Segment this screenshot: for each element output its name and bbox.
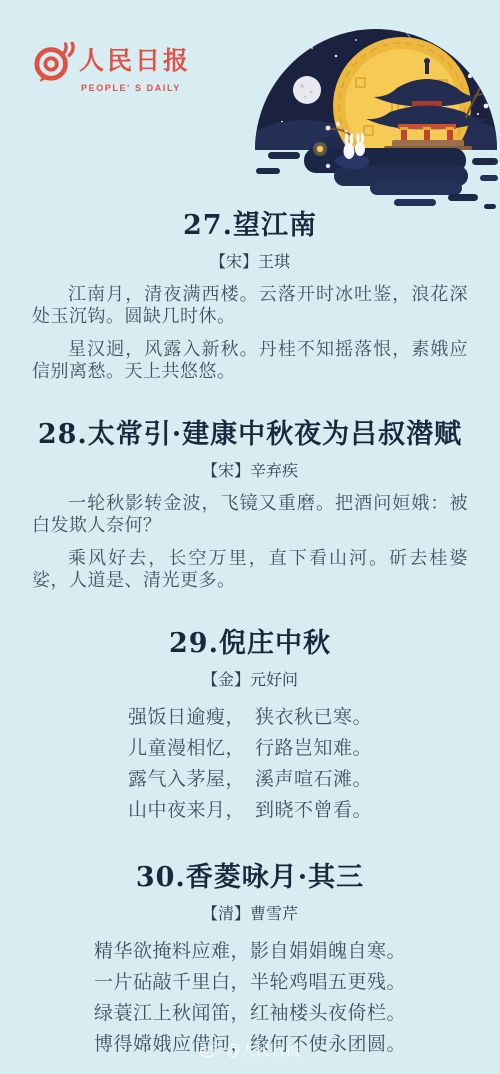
small-moon (293, 76, 321, 104)
logo-subtext: PEOPLE' S DAILY (81, 83, 191, 93)
poem-line: 一片砧敲千里白，半轮鸡唱五更残。 (32, 967, 468, 998)
poem-27-wangjiangnan: 27.望江南 【宋】王琪 江南月，清夜满西楼。云落开时冰吐鉴，浪花深处玉沉钩。圆… (32, 208, 468, 383)
poem-paragraph: 一轮秋影转金波，飞镜又重磨。把酒问姮娥：被白发欺人奈何？ (32, 493, 468, 537)
watermark-text: @人民日报 (225, 1039, 300, 1060)
poem-paragraph: 乘风好去，长空万里，直下看山河。斫去桂婆娑，人道是、清光更多。 (32, 548, 468, 592)
poem-30-xiangling-yongyue: 30.香菱咏月·其三 【清】曹雪芹 精华欲掩料应难，影自娟娟魄自寒。 一片砧敲千… (32, 860, 468, 1060)
poem-text: 一轮秋影转金波，飞镜又重磨。把酒问姮娥：被白发欺人奈何？ 乘风好去，长空万里，直… (32, 493, 468, 592)
poems-list: 27.望江南 【宋】王琪 江南月，清夜满西楼。云落开时冰吐鉴，浪花深处玉沉钩。圆… (0, 208, 500, 1060)
poem-paragraph: 星汉迥，风露入新秋。丹桂不知摇落恨，素娥应信别离愁。天上共悠悠。 (32, 339, 468, 383)
poem-line: 强饭日逾瘦， 狭衣秋已寒。 (32, 702, 468, 733)
poem-line: 绿蓑江上秋闻笛，红袖楼头夜倚栏。 (32, 998, 468, 1029)
poem-author: 【宋】王琪 (32, 251, 468, 273)
poem-title: 29.倪庄中秋 (32, 626, 468, 662)
weibo-watermark: @人民日报 (0, 1039, 500, 1060)
poetry-card: 人民日报 PEOPLE' S DAILY (0, 0, 500, 1074)
logo-text: 人民日报 (79, 46, 191, 76)
poem-28-taichangyin: 28.太常引·建康中秋夜为吕叔潜赋 【宋】辛弃疾 一轮秋影转金波，飞镜又重磨。把… (32, 417, 468, 592)
poem-text: 强饭日逾瘦， 狭衣秋已寒。 儿童漫相忆， 行路岂知难。 露气入茅屋， 溪声喧石滩… (32, 702, 468, 826)
poem-author: 【清】曹雪芹 (32, 903, 468, 925)
poem-paragraph: 江南月，清夜满西楼。云落开时冰吐鉴，浪花深处玉沉钩。圆缺几时休。 (32, 284, 468, 328)
poem-line: 精华欲掩料应难，影自娟娟魄自寒。 (32, 936, 468, 967)
firefly-glow (313, 142, 327, 156)
water-waves (256, 148, 498, 209)
poem-title: 28.太常引·建康中秋夜为吕叔潜赋 (32, 417, 468, 453)
poem-line: 儿童漫相忆， 行路岂知难。 (32, 733, 468, 764)
weibo-icon (199, 1041, 219, 1058)
poem-text: 江南月，清夜满西楼。云落开时冰吐鉴，浪花深处玉沉钩。圆缺几时休。 星汉迥，风露入… (32, 284, 468, 383)
poem-author: 【金】元好问 (32, 669, 468, 691)
mid-autumn-illustration (252, 18, 498, 214)
poem-line: 山中夜来月， 到晓不曾看。 (32, 795, 468, 826)
poem-title: 27.望江南 (32, 208, 468, 244)
poem-title: 30.香菱咏月·其三 (32, 860, 468, 896)
peoples-daily-logo: 人民日报 PEOPLE' S DAILY (33, 42, 191, 93)
at-megaphone-icon (33, 42, 75, 84)
poem-29-nizhuang-zhongqiu: 29.倪庄中秋 【金】元好问 强饭日逾瘦， 狭衣秋已寒。 儿童漫相忆， 行路岂知… (32, 626, 468, 826)
poem-author: 【宋】辛弃疾 (32, 460, 468, 482)
poem-line: 露气入茅屋， 溪声喧石滩。 (32, 764, 468, 795)
